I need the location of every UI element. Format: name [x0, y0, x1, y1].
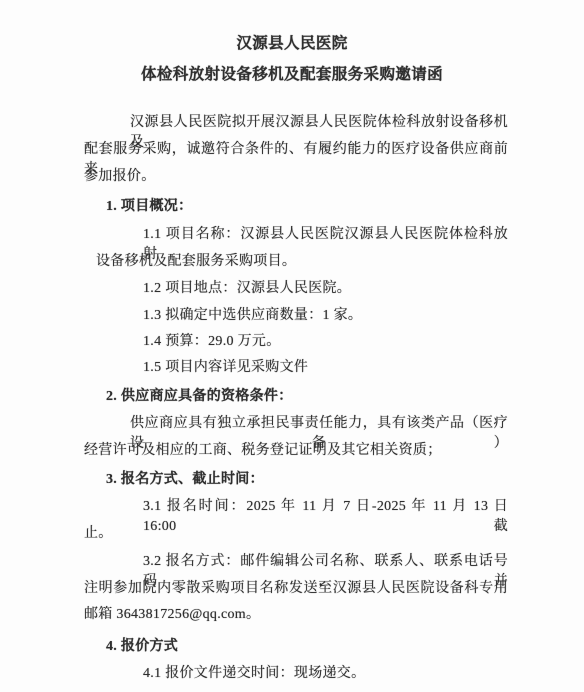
item-3-1-line-1: 3.1 报名时间：2025 年 11 月 7 日-2025 年 11 月 13 … [143, 497, 508, 537]
section2-heading: 2. 供应商应具备的资格条件： [106, 387, 293, 407]
item-1-5: 1.5 项目内容详见采购文件 [143, 358, 308, 378]
item-1-3: 1.3 拟确定中选供应商数量：1 家。 [143, 306, 362, 326]
intro-line-3: 参加报价。 [84, 167, 156, 187]
document-subtitle: 体检科放射设备移机及配套服务采购邀请函 [0, 64, 584, 86]
section1-heading: 1. 项目概况： [106, 197, 192, 217]
item-3-2-line-3: 邮箱 3643817256@qq.com。 [84, 605, 260, 625]
section2-body-line-2: 经营许可及相应的工商、税务登记证明及其它相关资质； [84, 441, 442, 461]
item-4-1: 4.1 报价文件递交时间：现场递交。 [143, 664, 365, 684]
item-3-2-line-2: 注明参加院内零散采购项目名称发送至汉源县人民医院设备科专用 [84, 579, 508, 599]
document-title: 汉源县人民医院 [0, 33, 584, 55]
item-1-1-line-2: 设备移机及配套服务采购项目。 [96, 252, 296, 272]
section4-heading: 4. 报价方式 [106, 637, 178, 657]
section3-heading: 3. 报名方式、截止时间： [106, 470, 264, 490]
document-page: 汉源县人民医院 体检科放射设备移机及配套服务采购邀请函 汉源县人民医院拟开展汉源… [0, 0, 584, 692]
item-1-2: 1.2 项目地点：汉源县人民医院。 [143, 279, 351, 299]
item-1-4: 1.4 预算：29.0 万元。 [143, 332, 281, 352]
item-3-1-line-2: 止。 [84, 524, 113, 544]
